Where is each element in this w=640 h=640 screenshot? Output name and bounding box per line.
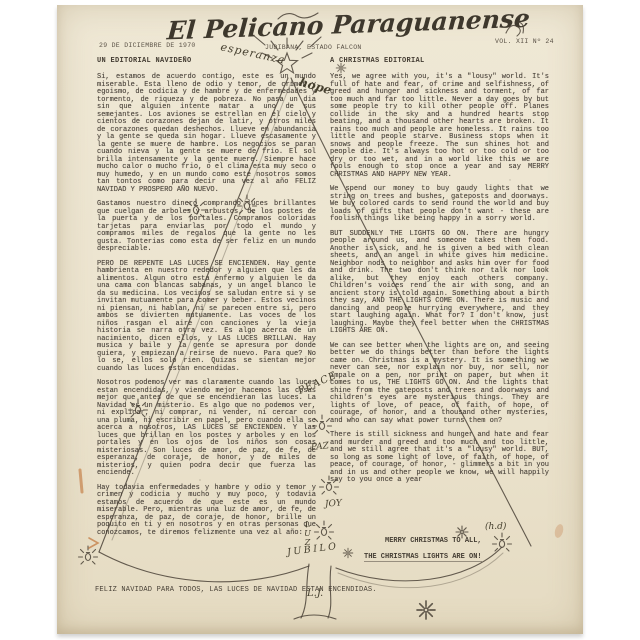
english-closing-line-1: MERRY CHRISTMAS TO ALL, (385, 537, 482, 545)
spanish-paragraph: Nosotros podemos ver mas claramente cuan… (97, 380, 316, 478)
spanish-closing-line: FELIZ NAVIDAD PARA TODOS, LAS LUCES DE N… (95, 586, 377, 594)
handwritten-paz: PAZ (311, 441, 330, 453)
spanish-paragraph: PERO DE REPENTE LAS LUCES SE ENCIENDEN. … (97, 261, 316, 374)
spanish-editorial-column: UN EDITORIAL NAVIDEÑO Si, estamos de acu… (97, 57, 316, 544)
english-paragraph: We can see better when the lights are on… (330, 343, 549, 426)
newsletter-page: El Pelicano Paraguanense 29 DE DICIEMBRE… (57, 5, 583, 634)
issue-volume: VOL. XII Nº 24 (495, 38, 554, 45)
spanish-paragraph: Hay todavia enfermedades y hambre y odio… (97, 485, 316, 538)
english-editorial-column: A CHRISTMAS EDITORIAL Yes, we agree with… (330, 57, 549, 492)
issue-location: JUDIBANA, ESTADO FALCON (265, 44, 362, 51)
handwritten-initials-hd: (h.d) (485, 522, 506, 532)
english-paragraph: Yes, we agree with you, it's a "lousy" w… (330, 74, 549, 179)
english-paragraph: We spend our money to buy gaudy lights t… (330, 186, 549, 224)
spanish-paragraph: Gastamos nuestro dinero comprando luces … (97, 201, 316, 254)
newsletter-title: El Pelicano Paraguanense (166, 6, 478, 46)
spanish-paragraph: Si, estamos de acuerdo contigo, este es … (97, 74, 316, 194)
scanned-newsletter-screenshot: El Pelicano Paraguanense 29 DE DICIEMBRE… (0, 0, 640, 640)
handwritten-luz: LUZ (303, 520, 312, 547)
handwritten-joy: JOY (325, 498, 343, 509)
english-closing-line-2: THE CHRISTMAS LIGHTS ARE ON! (364, 553, 482, 562)
english-paragraph: BUT SUDDENLY THE LIGHTS GO ON. There are… (330, 231, 549, 336)
english-paragraph: There is still sickness and hunger and h… (330, 432, 549, 485)
handwritten-initials-lj: L.J. (307, 588, 323, 599)
english-editorial-heading: A CHRISTMAS EDITORIAL (330, 57, 549, 65)
issue-date: 29 DE DICIEMBRE DE 1970 (99, 42, 196, 49)
